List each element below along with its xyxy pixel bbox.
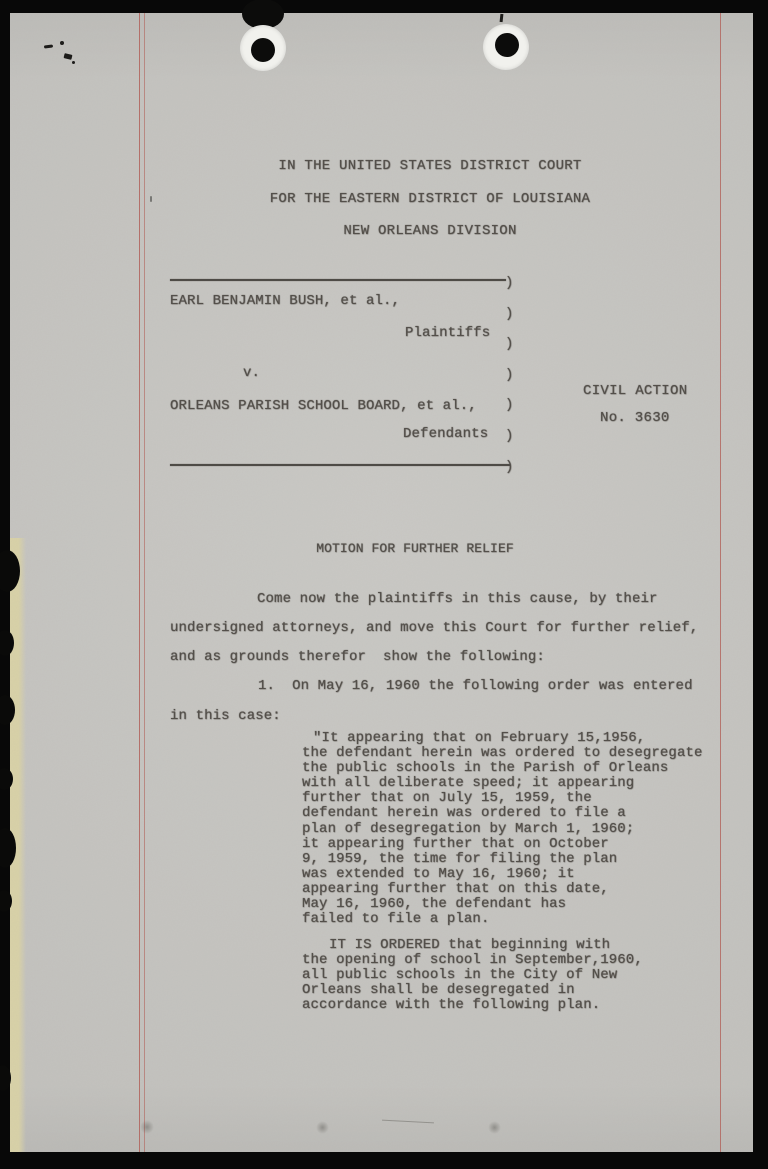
plaintiffs-label: Plaintiffs: [405, 325, 490, 341]
typed-line: May 16, 1960, the defendant has: [302, 897, 703, 912]
typed-line: ): [505, 329, 514, 360]
typed-line: it appearing further that on October: [302, 837, 703, 852]
typed-line: failed to file a plan.: [302, 912, 703, 927]
caption-rule-bottom: [170, 464, 510, 466]
typed-line: IT IS ORDERED that beginning with: [302, 938, 643, 953]
caption-brackets: ))))))): [505, 268, 514, 482]
typed-line: ): [505, 268, 514, 299]
versus-label: v.: [243, 365, 260, 381]
typed-line: "It appearing that on February 15,1956,: [302, 731, 703, 746]
typed-line: 9, 1959, the time for filing the plan: [302, 852, 703, 867]
quoted-order-paragraph-2: IT IS ORDERED that beginning withthe ope…: [302, 938, 643, 1013]
typed-line: Come now the plaintiffs in this cause, b…: [170, 585, 698, 614]
typed-line: NEW ORLEANS DIVISION: [170, 215, 690, 248]
defendants-name: ORLEANS PARISH SCHOOL BOARD, et al.,: [170, 398, 477, 414]
scanned-document: IN THE UNITED STATES DISTRICT COURTFOR T…: [0, 0, 768, 1169]
typed-line: and as grounds therefor show the followi…: [170, 643, 698, 672]
civil-action-label: CIVIL ACTION: [583, 383, 687, 399]
document-title: MOTION FOR FURTHER RELIEF: [170, 541, 660, 556]
typed-line: ): [505, 452, 514, 483]
caption-rule-top: [170, 279, 506, 281]
typed-content: IN THE UNITED STATES DISTRICT COURTFOR T…: [0, 0, 768, 1169]
typed-line: undersigned attorneys, and move this Cou…: [170, 614, 698, 643]
typed-line: the opening of school in September,1960,: [302, 953, 643, 968]
intro-paragraph: Come now the plaintiffs in this cause, b…: [170, 585, 698, 672]
case-number: No. 3630: [600, 410, 670, 426]
typed-line: appearing further that on this date,: [302, 882, 703, 897]
typed-line: IN THE UNITED STATES DISTRICT COURT: [170, 150, 690, 183]
quoted-order-paragraph-1: "It appearing that on February 15,1956,t…: [302, 731, 703, 927]
typed-line: FOR THE EASTERN DISTRICT OF LOUISIANA: [170, 183, 690, 216]
typed-line: accordance with the following plan.: [302, 998, 643, 1013]
numbered-paragraph-1: 1. On May 16, 1960 the following order w…: [170, 671, 693, 731]
typed-line: defendant herein was ordered to file a: [302, 806, 703, 821]
typed-line: ): [505, 390, 514, 421]
typed-line: ): [505, 421, 514, 452]
defendants-label: Defendants: [403, 426, 488, 442]
court-header: IN THE UNITED STATES DISTRICT COURTFOR T…: [170, 150, 690, 248]
typed-line: the defendant herein was ordered to dese…: [302, 746, 703, 761]
typed-line: plan of desegregation by March 1, 1960;: [302, 822, 703, 837]
typed-line: in this case:: [170, 701, 693, 731]
typed-line: was extended to May 16, 1960; it: [302, 867, 703, 882]
typed-line: 1. On May 16, 1960 the following order w…: [170, 671, 693, 701]
typed-line: ): [505, 299, 514, 330]
typed-line: ): [505, 360, 514, 391]
plaintiffs-name: EARL BENJAMIN BUSH, et al.,: [170, 293, 400, 309]
